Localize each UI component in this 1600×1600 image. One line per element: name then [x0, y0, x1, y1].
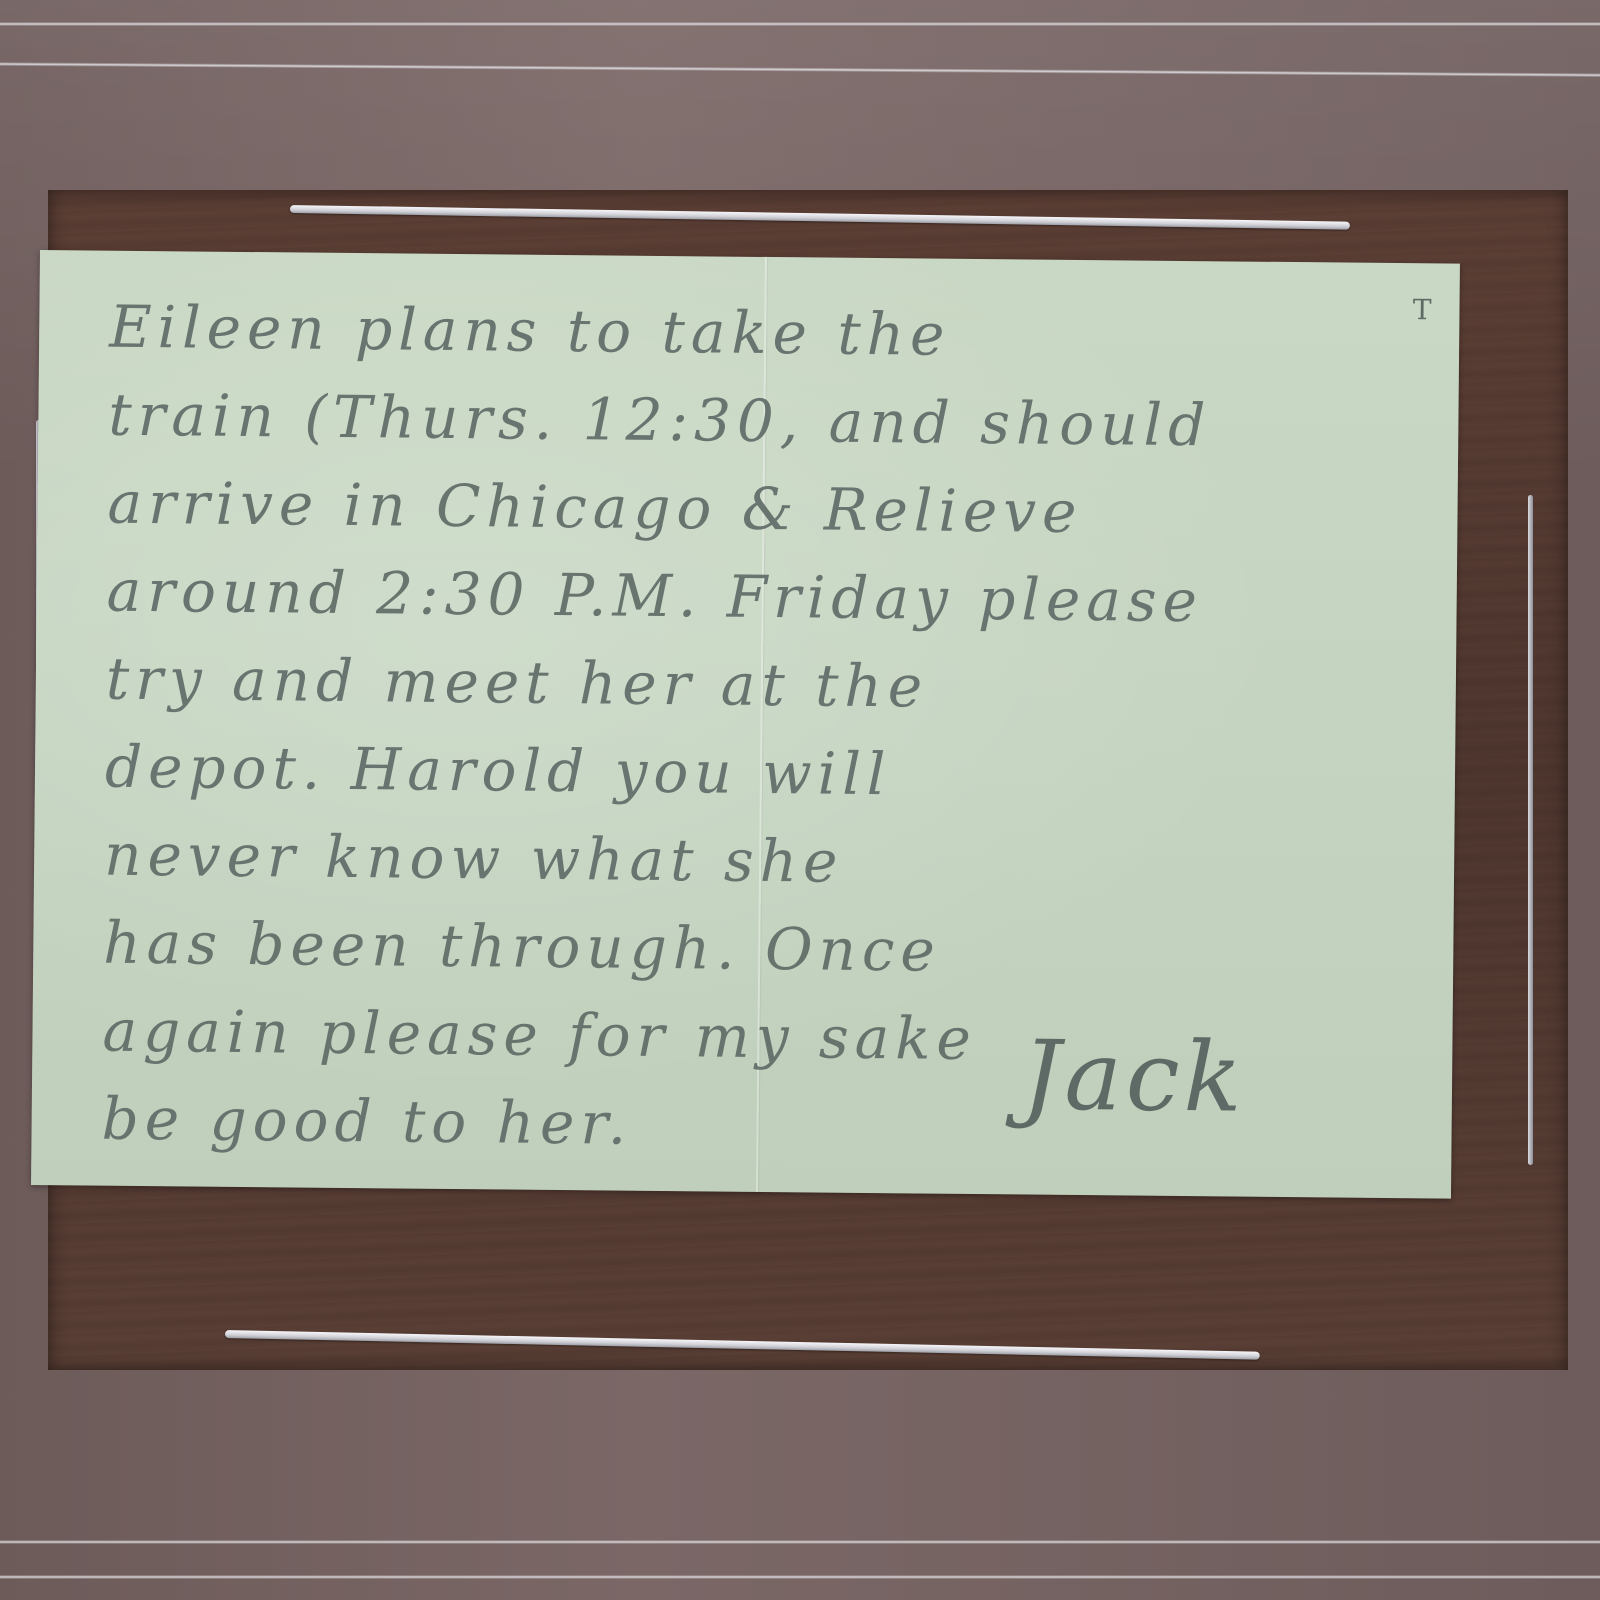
note-line: never know what she — [104, 811, 1415, 912]
plastic-slab-holder: T Eileen plans to take the train (Thurs.… — [0, 0, 1600, 1600]
note-line: arrive in Chicago & Relieve — [107, 459, 1418, 560]
holder-top-ridge — [0, 62, 1600, 77]
note-line: has been through. Once — [103, 899, 1414, 1000]
note-line: train (Thurs. 12:30, and should — [108, 371, 1419, 472]
holder-bottom-ridge — [0, 1540, 1600, 1544]
note-line: Eileen plans to take the — [109, 283, 1420, 384]
holder-top-ridge — [0, 22, 1600, 26]
note-line: depot. Harold you will — [105, 723, 1416, 824]
holder-bottom-ridge — [0, 1575, 1600, 1579]
holder-right-rail — [1528, 495, 1533, 1165]
signature: Jack — [1022, 1019, 1247, 1133]
note-line: around 2:30 P.M. Friday please — [106, 547, 1417, 648]
note-line: try and meet her at the — [105, 635, 1416, 736]
handwritten-note: T Eileen plans to take the train (Thurs.… — [31, 250, 1460, 1199]
